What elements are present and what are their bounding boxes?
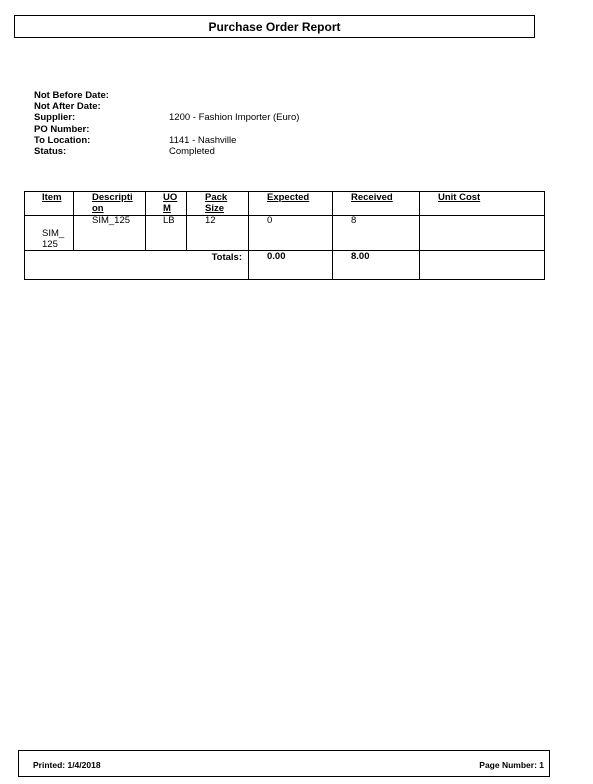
column-header-pack-size: Pack Size <box>205 193 227 214</box>
criteria-label: Status: <box>34 146 66 157</box>
criteria-label: Not After Date: <box>34 101 101 112</box>
cell-text: SIM_ <box>42 229 64 240</box>
criteria-label: PO Number: <box>34 124 89 135</box>
page-number: Page Number: 1 <box>479 760 544 770</box>
header-text: UO <box>163 193 177 204</box>
column-header-description: Descripti on <box>92 193 133 214</box>
criteria-label: Supplier: <box>34 112 75 123</box>
cell-text: 125 <box>42 240 64 251</box>
column-header-received: Received <box>351 193 393 204</box>
cell-expected: 0 <box>267 216 272 227</box>
header-text: Expected <box>267 193 309 204</box>
totals-received: 8.00 <box>351 252 370 263</box>
cell-pack-size: 12 <box>205 216 216 227</box>
table-divider <box>332 192 333 279</box>
header-text: Received <box>351 193 393 204</box>
column-header-uom: UO M <box>163 193 177 214</box>
table-divider <box>73 192 74 251</box>
cell-received: 8 <box>351 216 356 227</box>
column-header-unit-cost: Unit Cost <box>438 193 480 204</box>
header-text: Size <box>205 204 227 215</box>
header-text: Unit Cost <box>438 193 480 204</box>
printed-date: Printed: 1/4/2018 <box>33 760 101 770</box>
header-text: Descripti <box>92 193 133 204</box>
table-divider <box>248 192 249 279</box>
header-text: Pack <box>205 193 227 204</box>
criteria-label: Not Before Date: <box>34 90 109 101</box>
criteria-value: Completed <box>169 146 215 157</box>
po-items-table: Item Descripti on UO M Pack Size Expecte… <box>24 191 545 280</box>
report-title: Purchase Order Report <box>14 15 535 38</box>
report-footer: Printed: 1/4/2018 Page Number: 1 <box>18 750 550 777</box>
table-divider <box>419 192 420 279</box>
totals-label: Totals: <box>212 253 242 264</box>
header-text: M <box>163 204 177 215</box>
column-header-item: Item <box>42 193 62 204</box>
header-text: Item <box>42 193 62 204</box>
criteria-value: 1141 - Nashville <box>169 135 236 146</box>
table-divider <box>145 192 146 251</box>
cell-uom: LB <box>163 216 175 227</box>
cell-description: SIM_125 <box>92 216 130 227</box>
totals-expected: 0.00 <box>267 252 286 263</box>
cell-item: SIM_ 125 <box>42 229 64 250</box>
criteria-value: 1200 - Fashion Importer (Euro) <box>169 112 299 123</box>
column-header-expected: Expected <box>267 193 309 204</box>
criteria-label: To Location: <box>34 135 90 146</box>
table-divider <box>186 192 187 251</box>
header-text: on <box>92 204 133 215</box>
